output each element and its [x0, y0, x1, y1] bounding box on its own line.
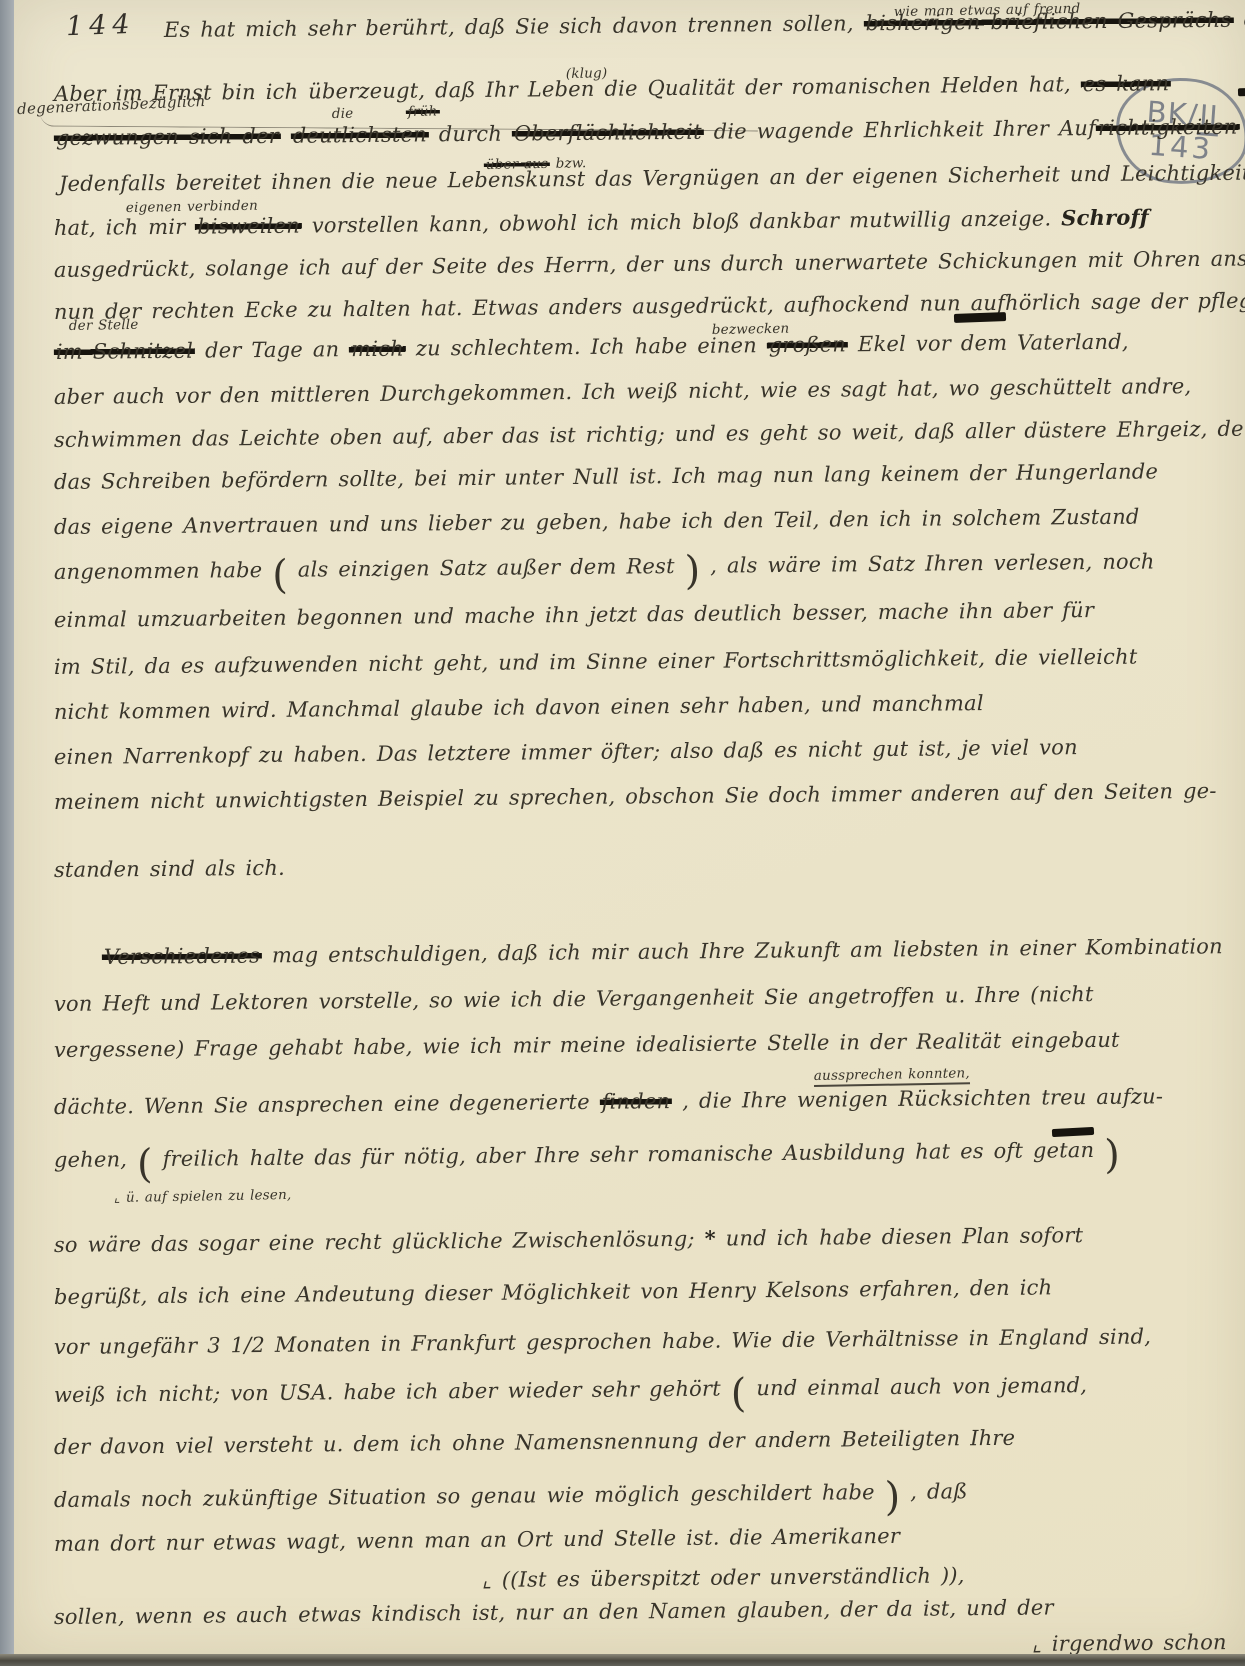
- text-segment: schwimmen das Leichte oben auf, aber das…: [54, 416, 1245, 452]
- text-segment: , die Ihre wenigen Rücksichten treu aufz…: [672, 1084, 1163, 1113]
- struck-text: bisherigen brieflichen Gesprächs: [863, 8, 1233, 36]
- struck-text: Verschiedenes: [102, 943, 262, 969]
- handwriting-line-32: gehen, ( freilich halte das für nötig, a…: [54, 1138, 1120, 1172]
- text-segment: im Stil, da es aufzuwenden nicht geht, u…: [54, 645, 1138, 679]
- struck-text: gezwungen sich der: [54, 124, 281, 150]
- text-segment: mag entschuldigen, daß ich mir auch Ihre…: [262, 934, 1223, 967]
- text-segment: meinem nicht unwichtigsten Beispiel zu s…: [54, 779, 1217, 814]
- text-segment: ): [884, 1474, 900, 1520]
- text-segment: als einzigen Satz außer dem Rest: [288, 554, 685, 582]
- handwriting-line-4: die: [332, 106, 354, 122]
- handwriting-line-15: im Schnitzel der Tage an mich zu schlech…: [54, 330, 1129, 364]
- text-segment: einmal umzuarbeiten begonnen und mache i…: [54, 598, 1094, 632]
- handwriting-line-20: angenommen habe ( als einzigen Satz auße…: [54, 549, 1155, 584]
- text-segment: ): [684, 548, 700, 594]
- text-segment: (: [272, 552, 288, 598]
- handwriting-line-21: einmal umzuarbeiten begonnen und mache i…: [54, 598, 1094, 632]
- struck-text: im Schnitzel: [54, 339, 195, 364]
- text-segment: ausgedrückt, solange ich auf der Seite d…: [54, 246, 1245, 282]
- handwriting-line-19: das eigene Anvertrauen und uns lieber zu…: [54, 505, 1140, 539]
- text-segment: *: [704, 1226, 715, 1251]
- handwriting-line-28: von Heft und Lektoren vorstelle, so wie …: [54, 982, 1094, 1016]
- struck-text: bisweilen: [195, 214, 302, 239]
- handwriting-line-23: nicht kommen wird. Manchmal glaube ich d…: [54, 691, 984, 724]
- text-segment: zu schlechtem. Ich habe einen: [406, 333, 767, 360]
- struck-text: finden: [600, 1089, 673, 1114]
- text-segment: , daß: [900, 1479, 967, 1504]
- struck-text: deutlichsten: [291, 122, 429, 147]
- handwriting-line-29: vergessene) Frage gehabt habe, wie ich m…: [54, 1028, 1120, 1062]
- handwriting-line-5: früh: [406, 103, 440, 120]
- handwriting-line-18: das Schreiben befördern sollte, bei mir …: [54, 459, 1158, 494]
- text-segment: der Tage an: [195, 337, 349, 362]
- text-segment: [281, 124, 291, 148]
- scan-bottom-edge: [0, 1654, 1245, 1666]
- text-segment: und einmal auch von jemand,: [746, 1373, 1087, 1400]
- text-segment: vergessene) Frage gehabt habe, wie ich m…: [54, 1028, 1120, 1062]
- text-segment: vorstellen kann, obwohl ich mich bloß da…: [302, 206, 1062, 237]
- handwriting-line-17: schwimmen das Leichte oben auf, aber das…: [54, 416, 1245, 452]
- text-segment: einen Narrenkopf zu haben. Das letztere …: [54, 735, 1078, 769]
- text-segment: das Schreiben befördern sollte, bei mir …: [54, 459, 1158, 494]
- page-number: 144: [65, 9, 136, 42]
- text-segment: angenommen habe: [54, 558, 273, 584]
- text-segment: gehen,: [54, 1147, 137, 1172]
- struck-text: mich: [349, 337, 406, 362]
- text-segment: Aber im Ernst bin ich überzeugt, daß Ihr…: [54, 72, 1081, 106]
- text-segment: die wagende Ehrlichkeit Ihrer Auf: [704, 116, 1096, 144]
- text-segment: man dort nur etwas wagt, wenn man an Ort…: [54, 1524, 900, 1556]
- text-segment: nun der rechten Ecke zu halten hat. Etwa…: [54, 288, 1245, 324]
- text-segment: [1239, 115, 1245, 139]
- handwriting-line-36: vor ungefähr 3 1/2 Monaten in Frankfurt …: [54, 1324, 1151, 1359]
- text-segment: (: [137, 1141, 153, 1187]
- ink-deletion-bar-0: [954, 312, 1006, 323]
- text-segment: damals noch zukünftige Situation so gena…: [54, 1480, 885, 1512]
- text-segment: ⌞ ((Ist es überspitzt oder unverständlic…: [482, 1563, 965, 1592]
- handwriting-line-12: nun der rechten Ecke zu halten hat. Etwa…: [54, 288, 1245, 324]
- ink-deletion-bar-1: [1052, 1127, 1094, 1137]
- handwriting-line-11: ausgedrückt, solange ich auf der Seite d…: [54, 246, 1245, 282]
- text-segment: von Heft und Lektoren vorstelle, so wie …: [54, 982, 1094, 1016]
- text-segment: ⌞ irgendwo schon: [1032, 1630, 1227, 1656]
- struck-text: Oberflächlichkeit: [512, 120, 704, 146]
- handwriting-line-34: so wäre das sogar eine recht glückliche …: [54, 1222, 1084, 1257]
- text-segment: erinnerte,: [1233, 7, 1245, 32]
- text-segment: der Stelle: [69, 317, 139, 334]
- handwriting-line-40: man dort nur etwas wagt, wenn man an Ort…: [54, 1524, 900, 1556]
- handwriting-line-37: weiß ich nicht; von USA. habe ich aber w…: [54, 1373, 1087, 1407]
- struck-text: früh: [406, 103, 440, 120]
- text-segment: Jedenfalls bereitet ihnen die neue Leben…: [59, 160, 1245, 196]
- handwriting-line-33: ⌞ ü. auf spielen zu lesen,: [114, 1187, 292, 1206]
- text-segment: der davon viel versteht u. dem ich ohne …: [54, 1426, 1016, 1459]
- handwriting-line-25: meinem nicht unwichtigsten Beispiel zu s…: [54, 779, 1217, 814]
- text-segment: Es hat mich sehr berührt, daß Sie sich d…: [164, 11, 864, 42]
- paper-page: 144 degenerationsbezüglich BK/II 143 wie…: [14, 0, 1245, 1656]
- struck-text: es kann: [1081, 71, 1172, 96]
- text-segment: standen sind als ich.: [54, 856, 285, 882]
- text-segment: so wäre das sogar eine recht glückliche …: [54, 1227, 705, 1257]
- text-segment: hat, ich mir: [54, 215, 196, 240]
- text-segment: (: [731, 1371, 747, 1417]
- text-segment: durch: [429, 122, 512, 147]
- handwriting-line-39: damals noch zukünftige Situation so gena…: [54, 1479, 968, 1512]
- handwriting-line-13: der Stelle: [69, 317, 139, 334]
- handwriting-line-22: im Stil, da es aufzuwenden nicht geht, u…: [54, 645, 1138, 679]
- text-segment: ⌞ ü. auf spielen zu lesen,: [114, 1187, 292, 1206]
- handwriting-line-41: ⌞ ((Ist es überspitzt oder unverständlic…: [482, 1563, 965, 1592]
- handwriting-line-43: ⌞ irgendwo schon: [1032, 1630, 1227, 1656]
- text-segment: , als wäre im Satz Ihren verlesen, noch: [700, 549, 1154, 577]
- handwriting-line-27: Verschiedenes mag entschuldigen, daß ich…: [102, 934, 1223, 969]
- text-segment: begrüßt, als ich eine Andeutung dieser M…: [54, 1275, 1053, 1309]
- scanned-manuscript-page: { "page": { "number": "144", "paper_colo…: [0, 0, 1245, 1666]
- struck-text: großen: [767, 332, 849, 357]
- text-segment: freilich halte das für nötig, aber Ihre …: [153, 1138, 1105, 1171]
- handwriting-line-26: standen sind als ich.: [54, 856, 285, 882]
- text-segment: aussprechen konnten,: [814, 1065, 970, 1087]
- handwriting-line-31: dächte. Wenn Sie ansprechen eine degener…: [54, 1084, 1163, 1119]
- struck-text: richtigkeiten: [1096, 115, 1240, 140]
- handwriting-line-24: einen Narrenkopf zu haben. Das letztere …: [54, 735, 1078, 769]
- handwriting-line-35: begrüßt, als ich eine Andeutung dieser M…: [54, 1275, 1053, 1309]
- handwriting-line-16: aber auch vor den mittleren Durchgekomme…: [54, 374, 1192, 409]
- handwriting-line-30: aussprechen konnten,: [814, 1065, 970, 1084]
- text-segment: die: [332, 106, 354, 122]
- text-segment: dächte. Wenn Sie ansprechen eine degener…: [54, 1090, 600, 1119]
- handwriting-line-1: Es hat mich sehr berührt, daß Sie sich d…: [164, 7, 1245, 42]
- handwriting-line-3: Aber im Ernst bin ich überzeugt, daß Ihr…: [54, 71, 1172, 106]
- text-segment: Schroff: [1061, 204, 1149, 230]
- text-segment: das eigene Anvertrauen und uns lieber zu…: [54, 505, 1140, 539]
- handwriting-line-38: der davon viel versteht u. dem ich ohne …: [54, 1426, 1016, 1459]
- ink-deletion-bar-2: [1238, 88, 1245, 97]
- scan-left-edge: [0, 0, 14, 1666]
- text-segment: und ich habe diesen Plan sofort: [716, 1223, 1084, 1251]
- text-segment: vor ungefähr 3 1/2 Monaten in Frankfurt …: [54, 1324, 1151, 1359]
- text-segment: sollen, wenn es auch etwas kindisch ist,…: [54, 1595, 1054, 1629]
- handwriting-line-8: Jedenfalls bereitet ihnen die neue Leben…: [59, 160, 1245, 196]
- text-segment: aber auch vor den mittleren Durchgekomme…: [54, 374, 1192, 409]
- text-segment: Ekel vor dem Vaterland,: [848, 330, 1129, 357]
- handwriting-line-42: sollen, wenn es auch etwas kindisch ist,…: [54, 1595, 1054, 1629]
- text-segment: weiß ich nicht; von USA. habe ich aber w…: [54, 1377, 731, 1407]
- text-segment: ): [1104, 1132, 1120, 1178]
- text-segment: nicht kommen wird. Manchmal glaube ich d…: [54, 691, 984, 724]
